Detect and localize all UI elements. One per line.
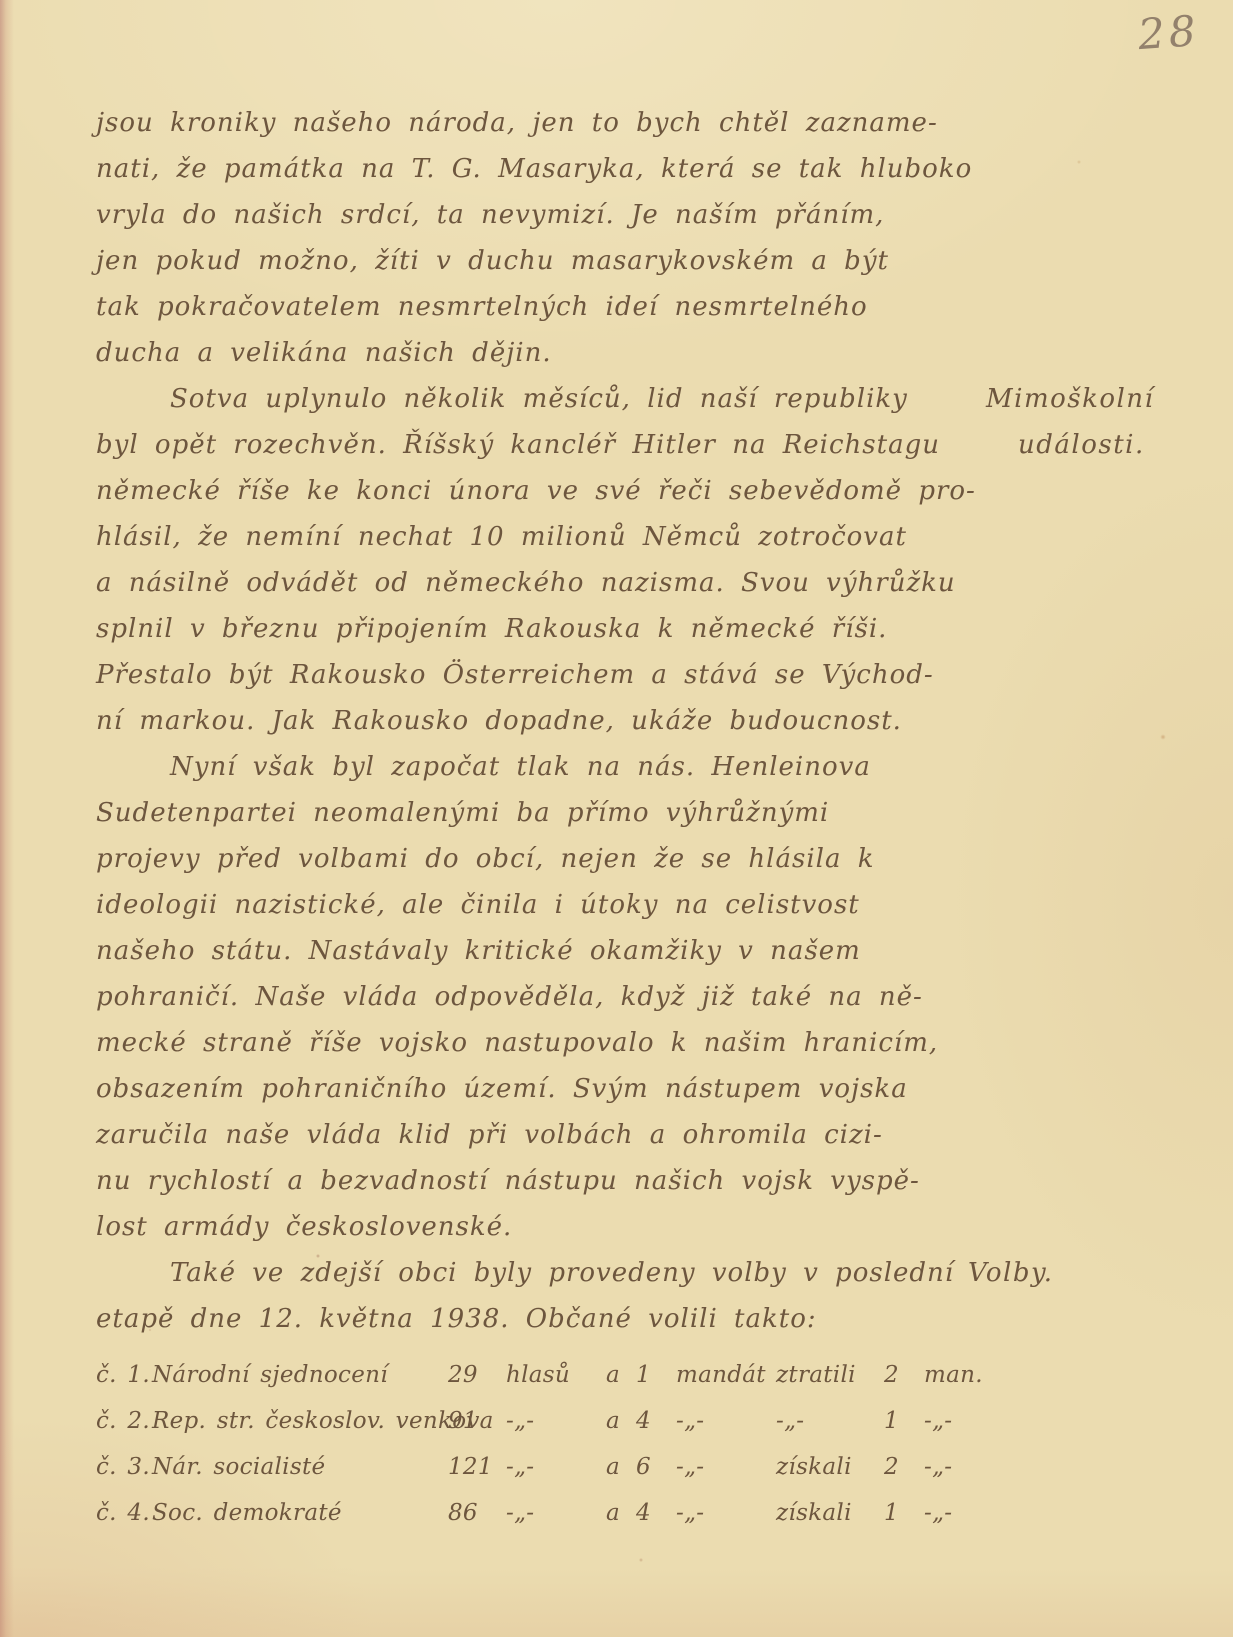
votes-unit: -„- [506,1490,606,1536]
margin-note-line: Mimoškolní [986,376,1154,422]
manuscript-line: zaručila naše vláda klid při volbách a o… [96,1112,988,1158]
margin-note-elections: Volby. [968,1250,1054,1296]
manuscript-line: tak pokračovatelem nesmrtelných ideí nes… [96,284,988,330]
change-unit: -„- [924,1444,988,1490]
change-verb: -„- [776,1398,884,1444]
mandates-unit: -„- [676,1398,776,1444]
manuscript-line: mecké straně říše vojsko nastupovalo k n… [96,1020,988,1066]
election-row: č. 3. Nár. socialisté 121 -„- a 6 -„- zí… [96,1444,988,1490]
manuscript-line: hlásil, že nemíní nechat 10 milionů Němc… [96,514,988,560]
votes-count: 121 [448,1444,506,1490]
change-verb: získali [776,1490,884,1536]
manuscript-line: ideologii nazistické, ale činila i útoky… [96,882,988,928]
mandates-unit: mandát [676,1352,776,1398]
party-number: č. 1. [96,1352,152,1398]
party-name: Rep. str. českoslov. venkova [152,1398,448,1444]
change-count: 2 [884,1352,924,1398]
change-verb: ztratili [776,1352,884,1398]
manuscript-line: splnil v březnu připojením Rakouska k ně… [96,606,988,652]
election-row: č. 1. Národní sjednocení 29 hlasů a 1 ma… [96,1352,988,1398]
conjunction: a [606,1490,636,1536]
mandates-unit: -„- [676,1444,776,1490]
manuscript-line: pohraničí. Naše vláda odpověděla, když j… [96,974,988,1020]
votes-unit: -„- [506,1398,606,1444]
conjunction: a [606,1352,636,1398]
election-row: č. 2. Rep. str. českoslov. venkova 91 -„… [96,1398,988,1444]
manuscript-line: vryla do našich srdcí, ta nevymizí. Je n… [96,192,988,238]
manuscript-line: Sudetenpartei neomalenými ba přímo výhrů… [96,790,988,836]
manuscript-line: jen pokud možno, žíti v duchu masarykovs… [96,238,988,284]
mandates-count: 4 [636,1490,676,1536]
manuscript-line: nu rychlostí a bezvadností nástupu našic… [96,1158,988,1204]
mandates-count: 6 [636,1444,676,1490]
party-number: č. 4. [96,1490,152,1536]
change-unit: man. [924,1352,988,1398]
manuscript-line: jsou kroniky našeho národa, jen to bych … [96,100,988,146]
mandates-count: 1 [636,1352,676,1398]
manuscript-line: byl opět rozechvěn. Říšský kancléř Hitle… [96,422,988,468]
margin-note-line: události. [986,422,1154,468]
votes-count: 91 [448,1398,506,1444]
change-verb: získali [776,1444,884,1490]
margin-note-extracurricular-events: Mimoškolní události. [986,376,1154,468]
manuscript-line: obsazením pohraničního území. Svým nástu… [96,1066,988,1112]
votes-count: 29 [448,1352,506,1398]
change-count: 1 [884,1490,924,1536]
party-name: Národní sjednocení [152,1352,448,1398]
votes-unit: hlasů [506,1352,606,1398]
change-unit: -„- [924,1398,988,1444]
votes-count: 86 [448,1490,506,1536]
manuscript-line: Nyní však byl započat tlak na nás. Henle… [96,744,988,790]
party-name: Nár. socialisté [152,1444,448,1490]
party-number: č. 3. [96,1444,152,1490]
change-count: 2 [884,1444,924,1490]
manuscript-text: jsou kroniky našeho národa, jen to bych … [96,100,988,1536]
manuscript-line: ducha a velikána našich dějin. [96,330,988,376]
change-count: 1 [884,1398,924,1444]
manuscript-line: německé říše ke konci února ve své řeči … [96,468,988,514]
mandates-count: 4 [636,1398,676,1444]
manuscript-line: ní markou. Jak Rakousko dopadne, ukáže b… [96,698,988,744]
manuscript-line: Přestalo být Rakousko Österreichem a stá… [96,652,988,698]
party-name: Soc. demokraté [152,1490,448,1536]
page-number: 28 [1136,6,1201,59]
manuscript-line: lost armády československé. [96,1204,988,1250]
change-unit: -„- [924,1490,988,1536]
manuscript-line: Sotva uplynulo několik měsíců, lid naší … [96,376,988,422]
chronicle-page-scan: 28 jsou kroniky našeho národa, jen to by… [0,0,1233,1637]
manuscript-line: nati, že památka na T. G. Masaryka, kter… [96,146,988,192]
manuscript-line: Také ve zdejší obci byly provedeny volby… [96,1250,988,1296]
conjunction: a [606,1398,636,1444]
manuscript-line: projevy před volbami do obcí, nejen že s… [96,836,988,882]
conjunction: a [606,1444,636,1490]
manuscript-line: etapě dne 12. května 1938. Občané volili… [96,1296,988,1342]
manuscript-line: našeho státu. Nastávaly kritické okamžik… [96,928,988,974]
manuscript-line: a násilně odvádět od německého nazisma. … [96,560,988,606]
votes-unit: -„- [506,1444,606,1490]
election-row: č. 4. Soc. demokraté 86 -„- a 4 -„- získ… [96,1490,988,1536]
party-number: č. 2. [96,1398,152,1444]
mandates-unit: -„- [676,1490,776,1536]
